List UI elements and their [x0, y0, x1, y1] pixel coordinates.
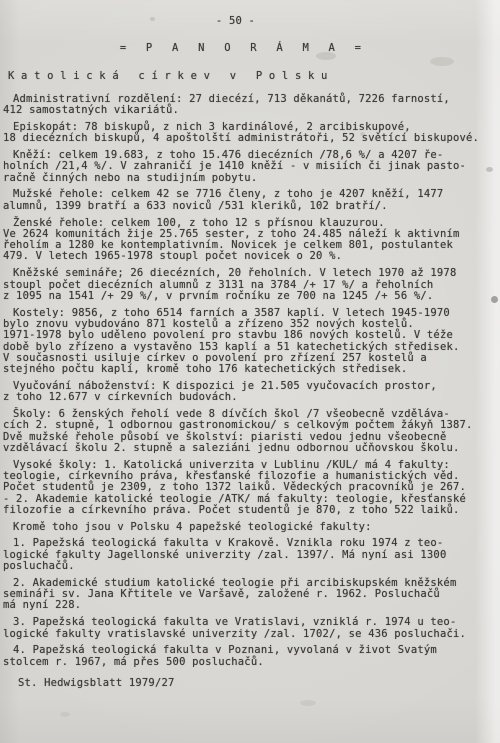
paragraph-churches: Kostely: 9856, z toho 6514 farních a 358… [3, 308, 494, 376]
document-subtitle: K a t o l i c k á c í r k e v v P o l s … [8, 71, 494, 82]
source-reference: St. Hedwigsblatt 1979/27 [18, 678, 494, 689]
paragraph-male-orders: Mužské řehole: celkem 42 se 7716 členy, … [3, 189, 494, 212]
paragraph-episcopate: Episkopát: 78 biskupů, z nich 3 kardinál… [3, 122, 494, 145]
scanned-document-page: - 50 - = P A N O R Á M A = K a t o l i c… [0, 0, 500, 743]
paragraph-administrative-division: Administrativní rozdělení: 27 diecézí, 7… [3, 94, 494, 117]
paragraph-schools: Školy: 6 ženských řeholí vede 8 dívčích … [3, 409, 494, 454]
paragraph-religion-teaching: Vyučování náboženství: K dispozici je 21… [3, 381, 494, 404]
paper-smudge [300, 700, 316, 706]
paragraph-seminaries: Kněžské semináře; 26 diecézních, 20 řeho… [3, 268, 494, 302]
paragraph-faculty-krakow: 1. Papežská teologická fakulta v Krakově… [3, 538, 494, 572]
page-number: - 50 - [0, 16, 481, 27]
paragraph-female-orders: Ženské řehole: celkem 100, z toho 12 s p… [3, 218, 494, 263]
paragraph-faculty-poznan: 4. Papežská teologická fakulta v Poznani… [3, 645, 494, 668]
paragraph-faculty-warsaw: 2. Akademické studium katolické teologie… [3, 578, 494, 612]
paragraph-universities: Vysoké školy: 1. Katolická univerzita v … [3, 460, 494, 516]
paper-smudge [60, 712, 70, 717]
paper-smudge [430, 57, 454, 66]
paragraph-priests: Kněží: celkem 19.683, z toho 15.476 diec… [3, 150, 494, 184]
paragraph-faculty-wroclaw: 3. Papežská teologická fakulta ve Vratis… [3, 617, 494, 640]
paragraph-papal-faculties-intro: Kromě toho jsou v Polsku 4 papežské teol… [3, 522, 494, 533]
document-title: = P A N O R Á M A = [0, 43, 486, 54]
